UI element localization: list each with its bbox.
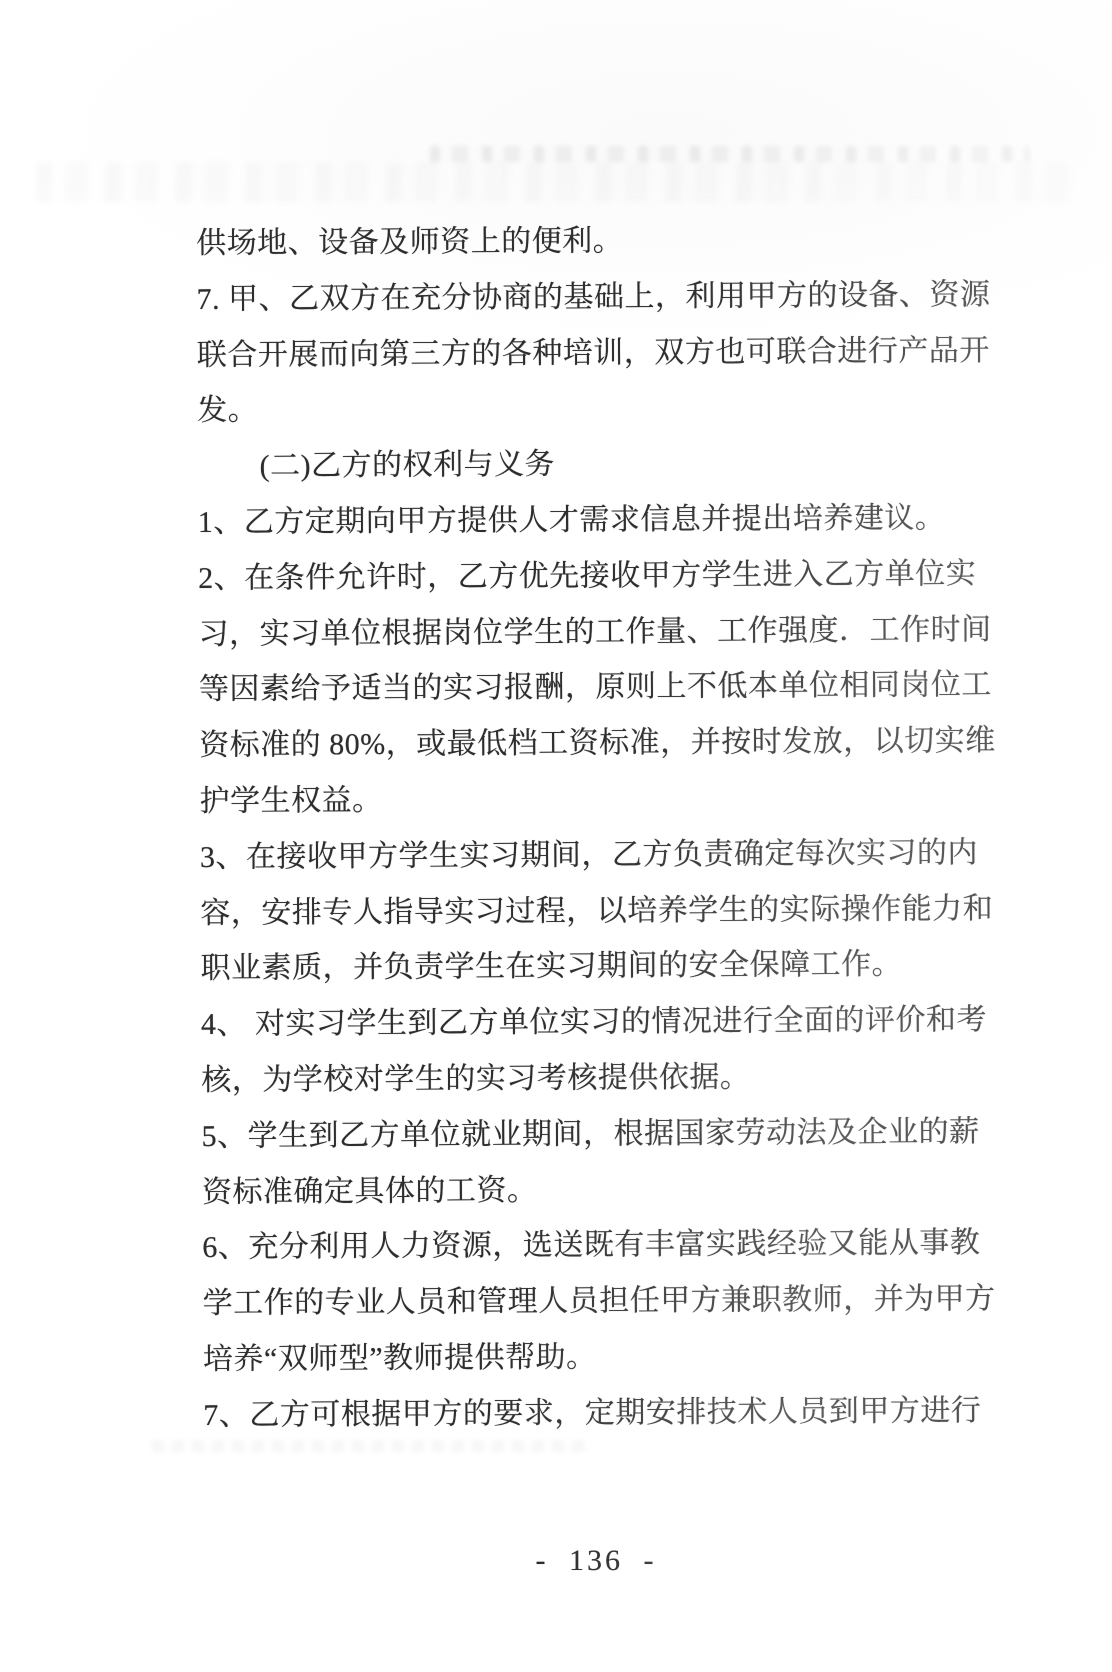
document-text-block: 供场地、设备及师资上的便利。 7. 甲、乙双方在充分协商的基础上，利用甲方的设备… [196, 211, 983, 1443]
document-line: 7、乙方可根据甲方的要求，定期安排技术人员到甲方进行 [203, 1383, 983, 1444]
document-line: 2、在条件允许时，乙方优先接收甲方学生进入乙方单位实 [198, 546, 978, 607]
document-line: 6、充分利用人力资源，选送既有丰富实践经验又能从事教 [202, 1216, 982, 1277]
document-line: 供场地、设备及师资上的便利。 [196, 211, 976, 272]
document-line: 资标准确定具体的工资。 [202, 1160, 982, 1221]
scan-bleedthrough-artifact [36, 162, 1076, 202]
document-line: 3、在接收甲方学生实习期间，乙方负责确定每次实习的内 [200, 825, 980, 886]
document-line: 核，为学校对学生的实习考核提供依据。 [201, 1048, 981, 1109]
document-line: 4、 对实习学生到乙方单位实习的情况进行全面的评价和考 [201, 992, 981, 1053]
document-line: 培养“双师型”教师提供帮助。 [203, 1327, 983, 1388]
scan-bleedthrough-artifact [430, 146, 1030, 162]
document-line: 5、学生到乙方单位就业期间，根据国家劳动法及企业的薪 [201, 1104, 981, 1165]
document-line: 联合开展而向第三方的各种培训，双方也可联合进行产品开 [197, 323, 977, 384]
document-line: 习，实习单位根据岗位学生的工作量、工作强度．工作时间 [198, 602, 978, 663]
document-line: 等因素给予适当的实习报酬，原则上不低本单位相同岗位工 [199, 658, 979, 719]
document-line: 职业素质，并负责学生在实习期间的安全保障工作。 [200, 937, 980, 998]
section-heading: (二)乙方的权利与义务 [197, 434, 977, 495]
document-line: 发。 [197, 379, 977, 440]
document-line: 学工作的专业人员和管理人员担任甲方兼职教师，并为甲方 [202, 1271, 982, 1332]
document-line: 护学生权益。 [199, 769, 979, 830]
scanned-document-page: 供场地、设备及师资上的便利。 7. 甲、乙双方在充分协商的基础上，利用甲方的设备… [0, 0, 1112, 1672]
document-line: 容，安排专人指导实习过程，以培养学生的实际操作能力和 [200, 881, 980, 942]
document-line: 7. 甲、乙双方在充分协商的基础上，利用甲方的设备、资源 [196, 267, 976, 328]
document-line: 资标准的 80%，或最低档工资标准，并按时发放，以切实维 [199, 713, 979, 774]
document-line: 1、乙方定期向甲方提供人才需求信息并提出培养建议。 [198, 490, 978, 551]
page-number: - 136 - [508, 1544, 684, 1578]
